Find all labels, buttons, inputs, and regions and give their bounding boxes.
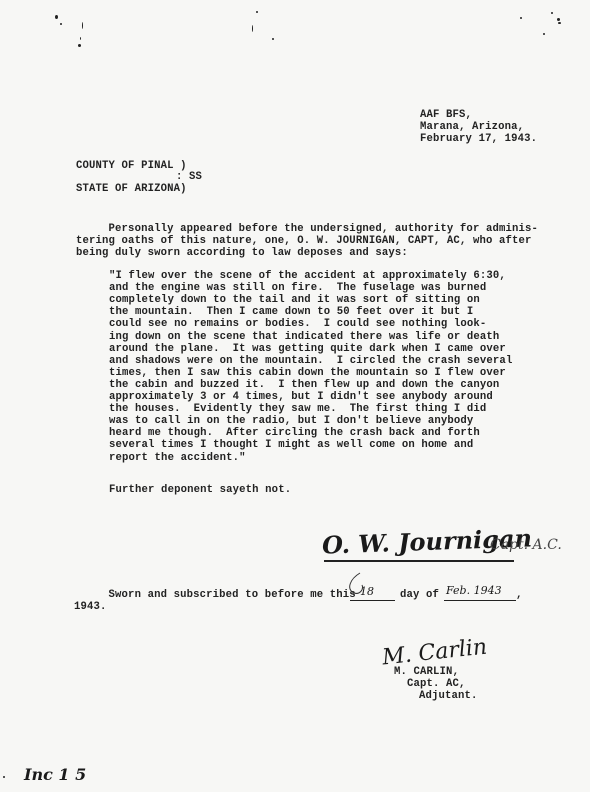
- month-blank: [444, 600, 516, 601]
- officer-name: M. CARLIN,: [394, 666, 459, 678]
- statement-line: "I flew over the scene of the accident a…: [109, 270, 506, 282]
- scan-speck: [520, 17, 522, 19]
- scan-speck: [78, 44, 81, 47]
- venue-county: COUNTY OF PINAL ): [76, 160, 187, 172]
- scan-speck: [82, 22, 83, 29]
- scan-speck: [60, 23, 62, 25]
- statement-line: completely down to the tail and it was s…: [109, 294, 480, 306]
- intro-line: tering oaths of this nature, one, O. W. …: [76, 235, 532, 247]
- statement-line: approximately 3 or 4 times, but I didn't…: [109, 391, 493, 403]
- officer-rank: Capt. AC,: [407, 678, 466, 690]
- officer-title: Adjutant.: [419, 690, 478, 702]
- signature-underline: [324, 560, 514, 562]
- statement-line: around the plane. It was getting quite d…: [109, 343, 506, 355]
- statement-line: and the engine was still on fire. The fu…: [109, 282, 486, 294]
- scan-speck: [252, 25, 253, 32]
- venue-state: STATE OF ARIZONA): [76, 183, 187, 195]
- statement-line: times, then I saw this cabin down the mo…: [109, 367, 506, 379]
- scan-speck: [55, 15, 58, 19]
- scan-speck: [3, 776, 5, 778]
- statement-line: heard me though. After circling the cras…: [109, 427, 480, 439]
- document-date: February 17, 1943.: [420, 133, 537, 145]
- header-line: Marana, Arizona,: [420, 121, 524, 133]
- jurat-month: Feb. 1943: [446, 584, 502, 597]
- intro-line: being duly sworn according to law depose…: [76, 247, 408, 259]
- statement-line: report the accident.": [109, 452, 246, 464]
- jurat-year: 1943.: [74, 601, 107, 613]
- statement-line: the cabin and buzzed it. I then flew up …: [109, 379, 499, 391]
- closing-line: Further deponent sayeth not.: [109, 484, 291, 496]
- jurat-comma: ,: [516, 589, 523, 601]
- statement-line: was to call in on the radio, but I don't…: [109, 415, 473, 427]
- signature-stroke: [340, 565, 400, 605]
- jurat-text-start: Sworn and subscribed to before me this: [76, 589, 356, 601]
- statement-line: ing down on the scene that indicated the…: [109, 331, 499, 343]
- scan-speck: [557, 18, 560, 21]
- scan-speck: [558, 22, 561, 24]
- scan-speck: [551, 12, 553, 14]
- scan-speck: [256, 11, 258, 13]
- statement-line: the houses. Evidently they saw me. The f…: [109, 403, 486, 415]
- scan-speck: [80, 37, 81, 40]
- statement-line: the mountain. Then I came down to 50 fee…: [109, 306, 473, 318]
- signature-rank: Capt. A.C.: [490, 537, 562, 553]
- statement-line: and shadows were on the mountain. I circ…: [109, 355, 512, 367]
- affidavit-page: AAF BFS, Marana, Arizona, February 17, 1…: [0, 0, 590, 792]
- venue-ss: : SS: [176, 171, 202, 183]
- intro-line: Personally appeared before the undersign…: [76, 223, 538, 235]
- jurat-text-mid: day of: [400, 589, 439, 601]
- scan-speck: [543, 33, 545, 35]
- scan-speck: [272, 38, 274, 40]
- header-line: AAF BFS,: [420, 109, 472, 121]
- statement-line: could see no remains or bodies. I could …: [109, 318, 486, 330]
- statement-line: several times I thought I might as well …: [109, 439, 473, 451]
- enclosure-note: Inc 1 5: [24, 765, 86, 784]
